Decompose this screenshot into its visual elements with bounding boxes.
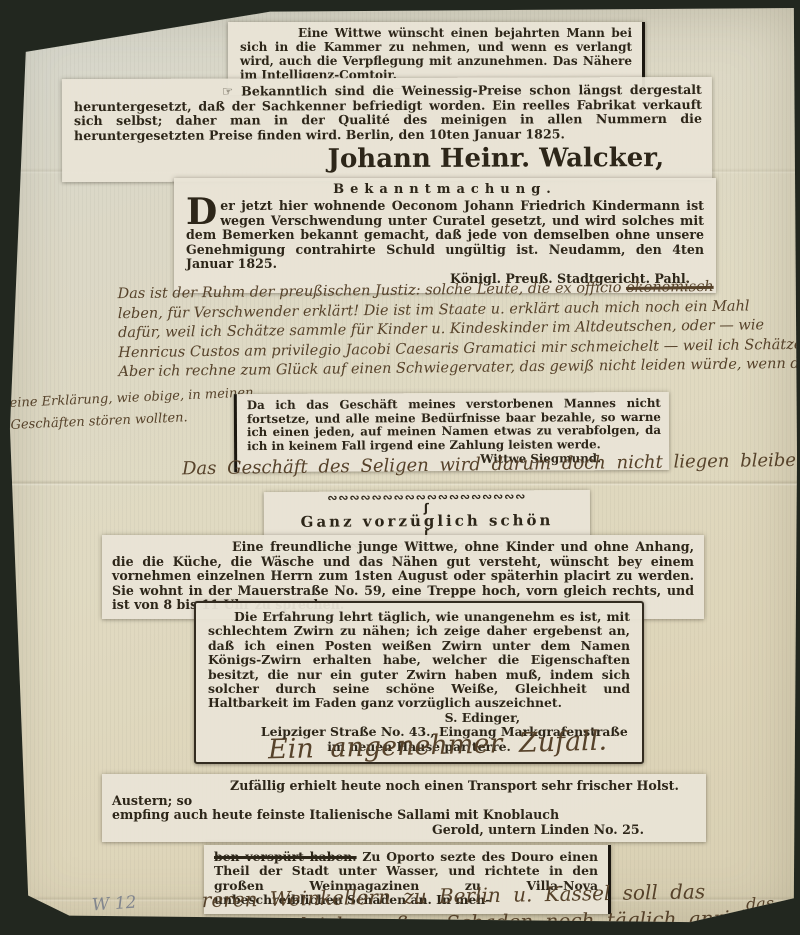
- clipping-body-text: Bekanntlich sind die Weinessig-Preise sc…: [74, 82, 702, 143]
- clipping-bekanntmachung: Bekanntmachung. Der jetzt hier wohnende …: [174, 178, 716, 293]
- handwriting-struck-word: ökonomisch: [626, 279, 714, 296]
- clipping-text: Eine Wittwe wünscht einen bejahrten Mann…: [240, 27, 632, 83]
- clipping-austern-ad: Zufällig erhielt heute noch einen Transp…: [102, 774, 706, 842]
- pencil-shelfmark: W 12: [91, 892, 137, 915]
- clipping-text: Da ich das Geschäft meines verstorbenen …: [247, 397, 661, 454]
- signature-edinger: S. Edinger,: [335, 711, 630, 725]
- handwritten-continuation-wasser: reren Weinkellern zu Berlin u. Kassel so…: [202, 877, 787, 935]
- paper-sheet: Eine Wittwe wünscht einen bejahrten Mann…: [6, 8, 797, 923]
- manicule-icon: ☞: [222, 84, 241, 99]
- scanned-document-page: Eine Wittwe wünscht einen bejahrten Mann…: [0, 0, 800, 935]
- clipping-text: Der jetzt hier wohnende Oeconom Johann F…: [186, 199, 704, 272]
- clipping-title: Bekanntmachung.: [186, 182, 704, 197]
- signature-walcker: Johann Heinr. Walcker,: [74, 141, 702, 177]
- clipping-text-line: Zufällig erhielt heute noch einen Transp…: [112, 779, 696, 808]
- clipping-body-text: er jetzt hier wohnende Oeconom Johann Fr…: [186, 198, 704, 271]
- handwritten-margin-note: eine Erklärung, wie obige, in meinen Ges…: [9, 383, 239, 437]
- clipping-text: Die Erfahrung lehrt täglich, wie unangen…: [208, 610, 630, 711]
- fold-crease: [6, 480, 797, 486]
- clipping-text-line: empfing auch heute feinste Italienische …: [112, 808, 696, 823]
- handwritten-commentary-justiz: Das ist der Ruhm der preußischen Justiz:…: [117, 277, 800, 383]
- signature-gerold: Gerold, untern Linden No. 25.: [112, 823, 696, 838]
- handwritten-catchword: das: [746, 894, 775, 914]
- clipping-text: ☞Bekanntlich sind die Weinessig-Preise s…: [74, 83, 702, 144]
- handwriting-text: Das ist der Ruhm der preußischen Justiz:…: [117, 280, 626, 302]
- clipping-vinegar-price-ad: ☞Bekanntlich sind die Weinessig-Preise s…: [62, 77, 712, 182]
- struck-print-text: ben verspürt haben.: [214, 849, 357, 864]
- dropcap-letter: D: [186, 199, 220, 225]
